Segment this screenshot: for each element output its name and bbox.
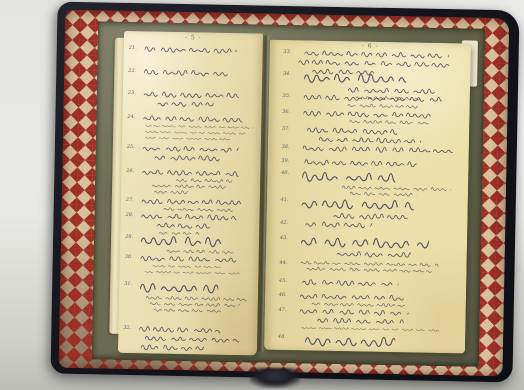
register-entry: 30. xyxy=(119,253,255,277)
entry-number: 47. xyxy=(278,307,286,313)
ink-stroke xyxy=(145,44,237,55)
ink-stroke xyxy=(154,307,221,314)
entry-number: 21. xyxy=(129,45,137,51)
left-page: - 5 - 21.22.23.24.25.26.27.28.29.30.31.3… xyxy=(118,31,263,356)
ink-stroke xyxy=(145,134,232,142)
ink-stroke xyxy=(336,249,410,259)
right-page-entries: 33.34.35.36.37.38.39.40.41.42.43.44.45.4… xyxy=(264,40,471,354)
entry-number: 39. xyxy=(281,158,289,164)
entry-number: 44. xyxy=(279,260,287,266)
entry-number: 27. xyxy=(126,197,134,203)
entry-text-block xyxy=(300,234,464,260)
bookmark-ribbon xyxy=(250,368,300,388)
ink-stroke xyxy=(305,219,372,229)
photograph-background: - 5 - 21.22.23.24.25.26.27.28.29.30.31.3… xyxy=(0,0,524,390)
entry-text-block xyxy=(299,333,462,350)
handwriting-line xyxy=(155,152,258,163)
entry-number: 38. xyxy=(282,144,290,150)
entry-number: 26. xyxy=(126,168,134,174)
register-entry: 31. xyxy=(119,280,255,315)
entry-text-block xyxy=(145,44,260,55)
handwriting-line xyxy=(301,234,464,251)
ink-stroke xyxy=(302,277,398,288)
entry-number: 22. xyxy=(128,68,136,74)
ink-stroke xyxy=(349,118,429,126)
entry-number: 40. xyxy=(281,170,289,176)
entry-text-block xyxy=(141,233,256,255)
ink-stroke xyxy=(350,190,417,197)
entry-number: 31. xyxy=(124,281,132,287)
checkered-cover-border: - 5 - 21.22.23.24.25.26.27.28.29.30.31.3… xyxy=(59,10,510,376)
handwriting-line xyxy=(158,99,259,110)
register-entry: 45. xyxy=(265,277,463,290)
handwriting-line xyxy=(144,268,255,276)
entry-text-block xyxy=(302,169,466,198)
entry-text-block xyxy=(302,157,465,169)
entry-text-block xyxy=(140,253,255,276)
handwriting-line xyxy=(141,233,256,249)
ink-stroke xyxy=(305,333,395,349)
entry-text-block xyxy=(303,108,467,126)
entry-text-block xyxy=(139,324,254,353)
register-entry: 47. xyxy=(264,306,463,334)
handwriting-line xyxy=(336,249,463,260)
entry-number: 28. xyxy=(125,212,133,218)
entry-number: 32. xyxy=(123,325,131,331)
ink-stroke xyxy=(306,265,431,273)
ink-stroke xyxy=(302,143,452,155)
entry-text-block xyxy=(143,143,258,163)
entry-text-block xyxy=(303,92,467,110)
register-entry: 24. xyxy=(122,113,258,143)
handwriting-line xyxy=(154,188,257,196)
entry-text-block xyxy=(142,167,257,196)
ink-stroke xyxy=(301,234,429,250)
entry-text-block xyxy=(301,219,464,231)
entry-text-block xyxy=(140,280,255,314)
ink-stroke xyxy=(155,152,220,162)
ink-stroke xyxy=(302,169,395,185)
handwriting-line xyxy=(304,70,467,87)
handwriting-line xyxy=(144,67,259,78)
register-entry: 32. xyxy=(118,324,254,354)
entry-text-block xyxy=(144,89,259,109)
register-entry: 40. xyxy=(267,169,466,199)
entry-number: 25. xyxy=(127,144,135,150)
right-page: - 6 - 33.34.35.36.37.38.39.40.41.42.43.4… xyxy=(264,40,471,354)
entry-text-block xyxy=(300,277,463,289)
ink-stroke xyxy=(141,233,226,249)
entry-number: 37. xyxy=(282,126,290,132)
entry-number: 34. xyxy=(283,71,291,77)
register-entry: 29. xyxy=(120,233,256,256)
entry-number: 46. xyxy=(279,292,287,298)
ink-stroke xyxy=(154,188,188,195)
register-entry: 22. xyxy=(123,67,259,79)
handwriting-line xyxy=(145,44,260,55)
entry-number: 33. xyxy=(283,49,291,55)
entry-number: 35. xyxy=(283,93,291,99)
handwriting-line xyxy=(302,169,465,186)
open-pages: - 5 - 21.22.23.24.25.26.27.28.29.30.31.3… xyxy=(118,30,471,351)
handwriting-line xyxy=(304,157,465,169)
ink-stroke xyxy=(304,70,406,86)
book-cover: - 5 - 21.22.23.24.25.26.27.28.29.30.31.3… xyxy=(50,2,519,383)
handwriting-line xyxy=(305,333,462,350)
entry-number: 43. xyxy=(280,235,288,241)
entry-number: 30. xyxy=(125,254,133,260)
ink-stroke xyxy=(144,268,240,276)
handwriting-line xyxy=(302,143,465,155)
register-entry: 26. xyxy=(121,167,257,197)
ink-stroke xyxy=(304,157,416,168)
handwriting-line xyxy=(301,196,464,213)
left-page-entries: 21.22.23.24.25.26.27.28.29.30.31.32. xyxy=(118,31,263,356)
entry-text-block xyxy=(144,67,259,78)
entry-number: 48. xyxy=(278,334,286,340)
entry-text-block xyxy=(143,113,258,142)
ink-stroke xyxy=(140,280,218,295)
register-entry: 48. xyxy=(264,333,462,351)
entry-number: 36. xyxy=(282,109,290,115)
inner-board: - 5 - 21.22.23.24.25.26.27.28.29.30.31.3… xyxy=(92,21,485,366)
handwriting-line xyxy=(305,219,464,231)
handwriting-line xyxy=(349,118,466,126)
entry-text-block xyxy=(302,143,465,155)
entry-number: 42. xyxy=(280,220,288,226)
register-entry: 44. xyxy=(265,259,463,275)
entry-number: 41. xyxy=(281,197,289,203)
entry-text-block xyxy=(301,196,465,222)
register-entry: 23. xyxy=(123,89,259,110)
register-entry: 25. xyxy=(122,143,258,164)
entry-number: 23. xyxy=(128,90,136,96)
ink-stroke xyxy=(301,324,439,333)
register-entry: 36. xyxy=(268,108,467,127)
entry-number: 45. xyxy=(279,278,287,284)
ink-stroke xyxy=(141,342,204,352)
register-entry: 43. xyxy=(265,234,464,261)
entry-text-block xyxy=(299,306,463,333)
ink-stroke xyxy=(158,99,214,109)
ink-stroke xyxy=(301,196,413,212)
register-entry: 21. xyxy=(124,44,260,56)
entry-text-block xyxy=(300,259,463,274)
entry-number: 24. xyxy=(127,114,135,120)
entry-number: 29. xyxy=(125,234,133,240)
handwriting-line xyxy=(302,277,463,289)
ink-stroke xyxy=(144,67,231,78)
register-entry: 39. xyxy=(267,157,465,170)
